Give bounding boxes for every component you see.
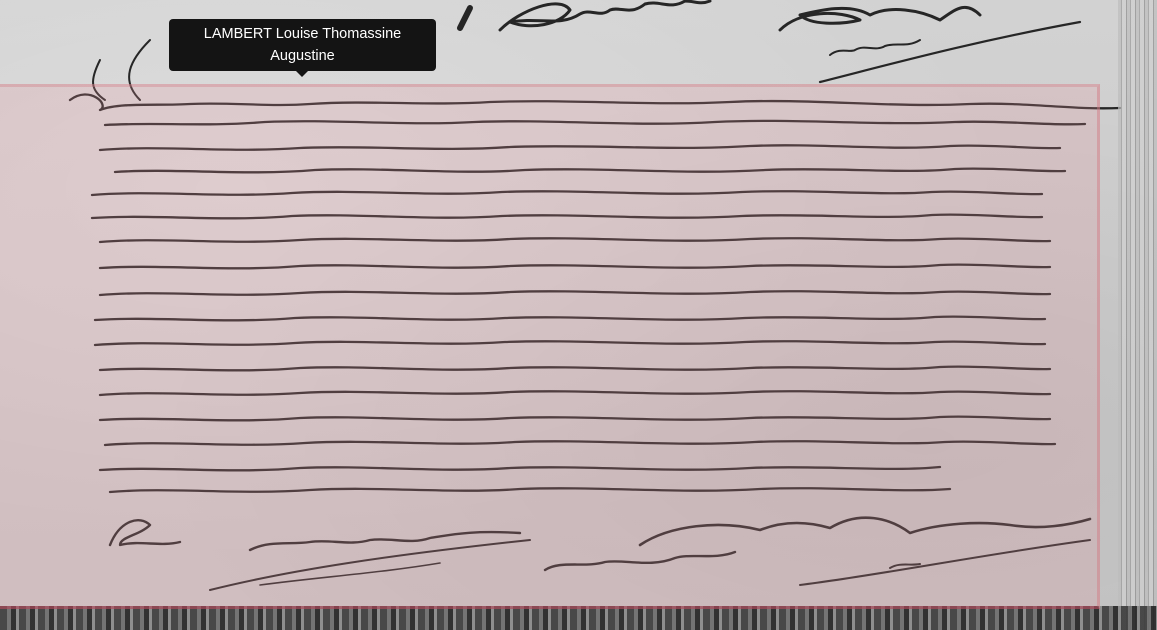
- tooltip-arrow-icon: [296, 71, 308, 77]
- scan-bottom-edge: [0, 606, 1157, 630]
- person-name-tooltip: LAMBERT Louise Thomassine Augustine: [169, 19, 436, 71]
- record-highlight-region[interactable]: [0, 84, 1100, 609]
- tooltip-line-2: Augustine: [169, 45, 436, 67]
- scan-page-edge: [1118, 0, 1157, 630]
- tooltip-line-1: LAMBERT Louise Thomassine: [169, 23, 436, 45]
